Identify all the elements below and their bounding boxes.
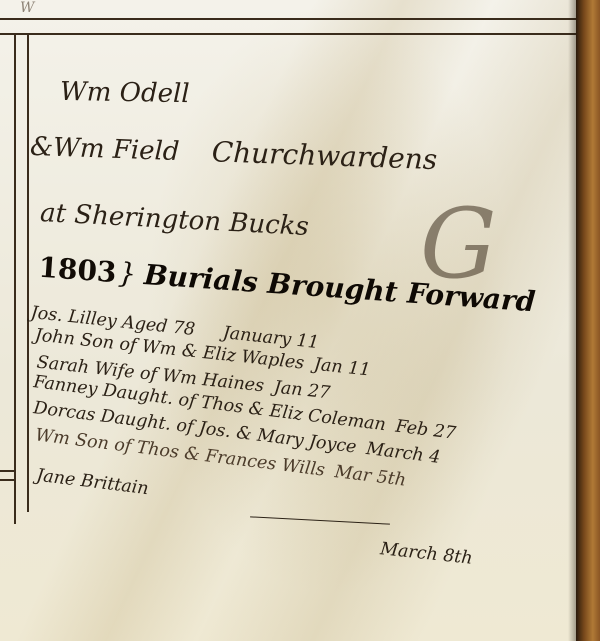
year: 1803: [37, 251, 117, 289]
top-ruled-line: [0, 18, 578, 20]
register-page: W Wm Odell &Wm Field Churchwardens at Sh…: [0, 0, 600, 641]
parish-location: at Sherington Bucks: [39, 198, 309, 242]
brace-icon: }: [117, 256, 137, 290]
entry-date: March 8th: [379, 539, 473, 569]
entry-date: Jan 27: [273, 378, 331, 404]
entry-date: Mar 5th: [334, 462, 408, 491]
previous-page-fragment: W: [20, 0, 34, 16]
churchwardens-title: Churchwardens: [211, 135, 438, 176]
burial-entry: Jane Brittain: [35, 466, 159, 501]
margin-stub-line: [0, 479, 16, 481]
entry-date: March 4: [365, 439, 441, 468]
entry-text: Jane Brittain: [35, 466, 149, 500]
margin-rule-inner: [27, 34, 29, 512]
connecting-line: [250, 516, 390, 524]
book-binding: [576, 0, 600, 641]
second-ruled-line: [0, 33, 578, 35]
entry-date: [157, 481, 159, 501]
churchwarden-1: Wm Odell: [60, 77, 190, 109]
churchwarden-2: &Wm Field: [30, 132, 180, 167]
entry-date: Feb 27: [394, 417, 457, 444]
margin-stub-line: [0, 470, 16, 472]
burial-entry-date-continuation: March 8th: [379, 539, 473, 569]
entry-date: Jan 11: [313, 355, 371, 381]
churchwarden-2-line: &Wm Field Churchwardens: [30, 129, 438, 176]
margin-rule-outer: [14, 34, 16, 524]
